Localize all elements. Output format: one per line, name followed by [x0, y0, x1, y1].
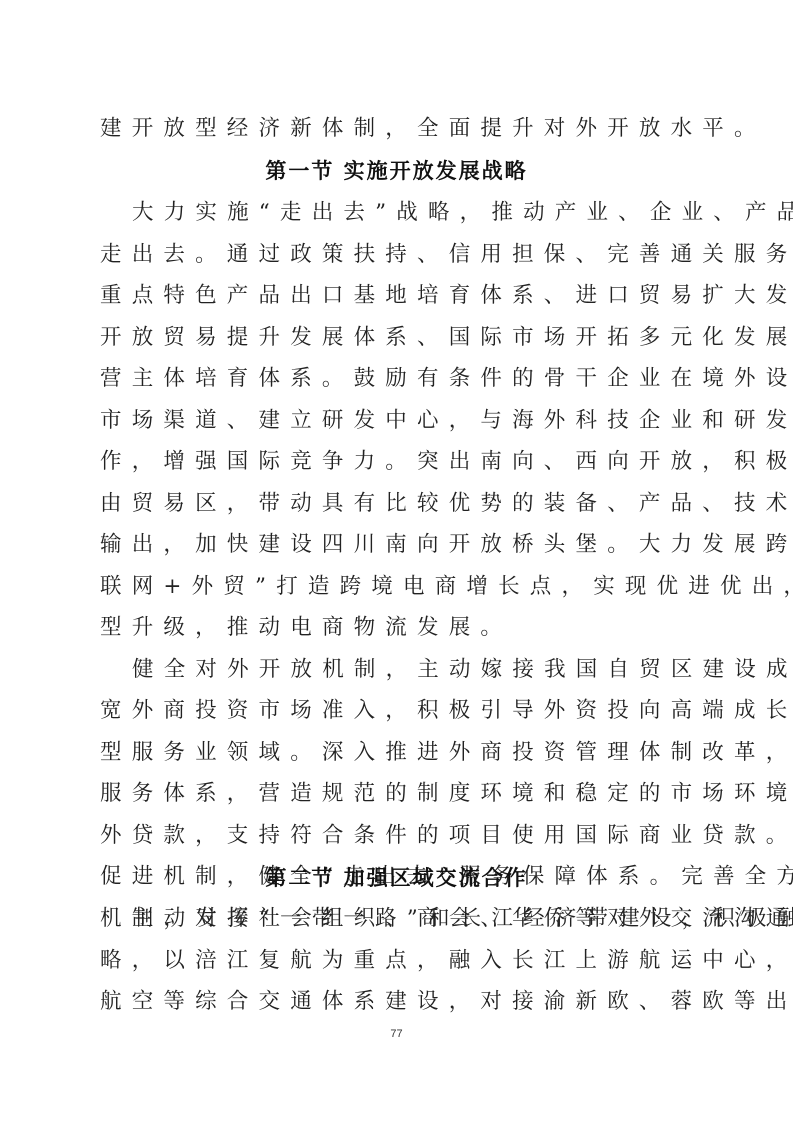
body-text-line: 略，以涪江复航为重点，融入长江上游航运中心，统筹铁路、公路、 [100, 940, 702, 982]
body-text-line: 重点特色产品出口基地培育体系、进口贸易扩大发展体系、产业转型 [100, 275, 702, 317]
document-page: 建开放型经济新体制，全面提升对外开放水平。 第一节 实施开放发展战略 大力实施“… [0, 0, 793, 1122]
body-text-line: 由贸易区，带动具有比较优势的装备、产品、技术、服务出口和劳务 [100, 483, 702, 525]
page-number: 77 [0, 1028, 793, 1040]
body-text-line: 航空等综合交通体系建设，对接渝新欧、蓉欧等出境大通道，打造西 [100, 981, 702, 1023]
body-text-line: 开放贸易提升发展体系、国际市场开拓多元化发展体系、国际贸易经 [100, 317, 702, 359]
body-text-line: 走出去。通过政策扶持、信用担保、完善通关服务等方面，建立完善 [100, 234, 702, 276]
body-text-line: 市场渠道、建立研发中心，与海外科技企业和研发机构开展多层次合 [100, 400, 702, 442]
body-text-line: 型服务业领域。深入推进外商投资管理体制改革，完善外商投资监管 [100, 732, 702, 774]
section-heading: 第二节 加强区域交流合作 [0, 857, 793, 899]
body-text-line: 健全对外开放机制，主动嫁接我国自贸区建设成功经验，有序放 [132, 649, 702, 691]
body-text-line: 宽外商投资市场准入，积极引导外资投向高端成长型产业和新兴先导 [100, 690, 702, 732]
section-heading: 第一节 实施开放发展战略 [0, 150, 793, 192]
body-text-line: 联网+外贸”打造跨境电商增长点，实现优进优出，促进企业和外贸转 [100, 566, 702, 608]
body-text-line: 大力实施“走出去”战略，推动产业、企业、产品、技术、服务等 [132, 192, 702, 234]
body-text-line: 外贷款，支持符合条件的项目使用国际商业贷款。创新境外投资服务 [100, 815, 702, 857]
body-text-line: 建开放型经济新体制，全面提升对外开放水平。 [100, 108, 702, 150]
body-text-line: 营主体培育体系。鼓励有条件的骨干企业在境外设立分支机构、拓宽 [100, 358, 702, 400]
body-text-line: 作，增强国际竞争力。突出南向、西向开放，积极融入中国—东盟自 [100, 441, 702, 483]
body-text-line: 输出，加快建设四川南向开放桥头堡。大力发展跨境电商，助力“互 [100, 524, 702, 566]
body-text-line: 型升级，推动电商物流发展。 [100, 607, 702, 649]
body-text-line: 服务体系，营造规范的制度环境和稳定的市场环境。积极有效利用国 [100, 773, 702, 815]
body-text-line: 主动对接“一带一路”和长江经济带建设，积极融入国家交通战 [132, 898, 702, 940]
